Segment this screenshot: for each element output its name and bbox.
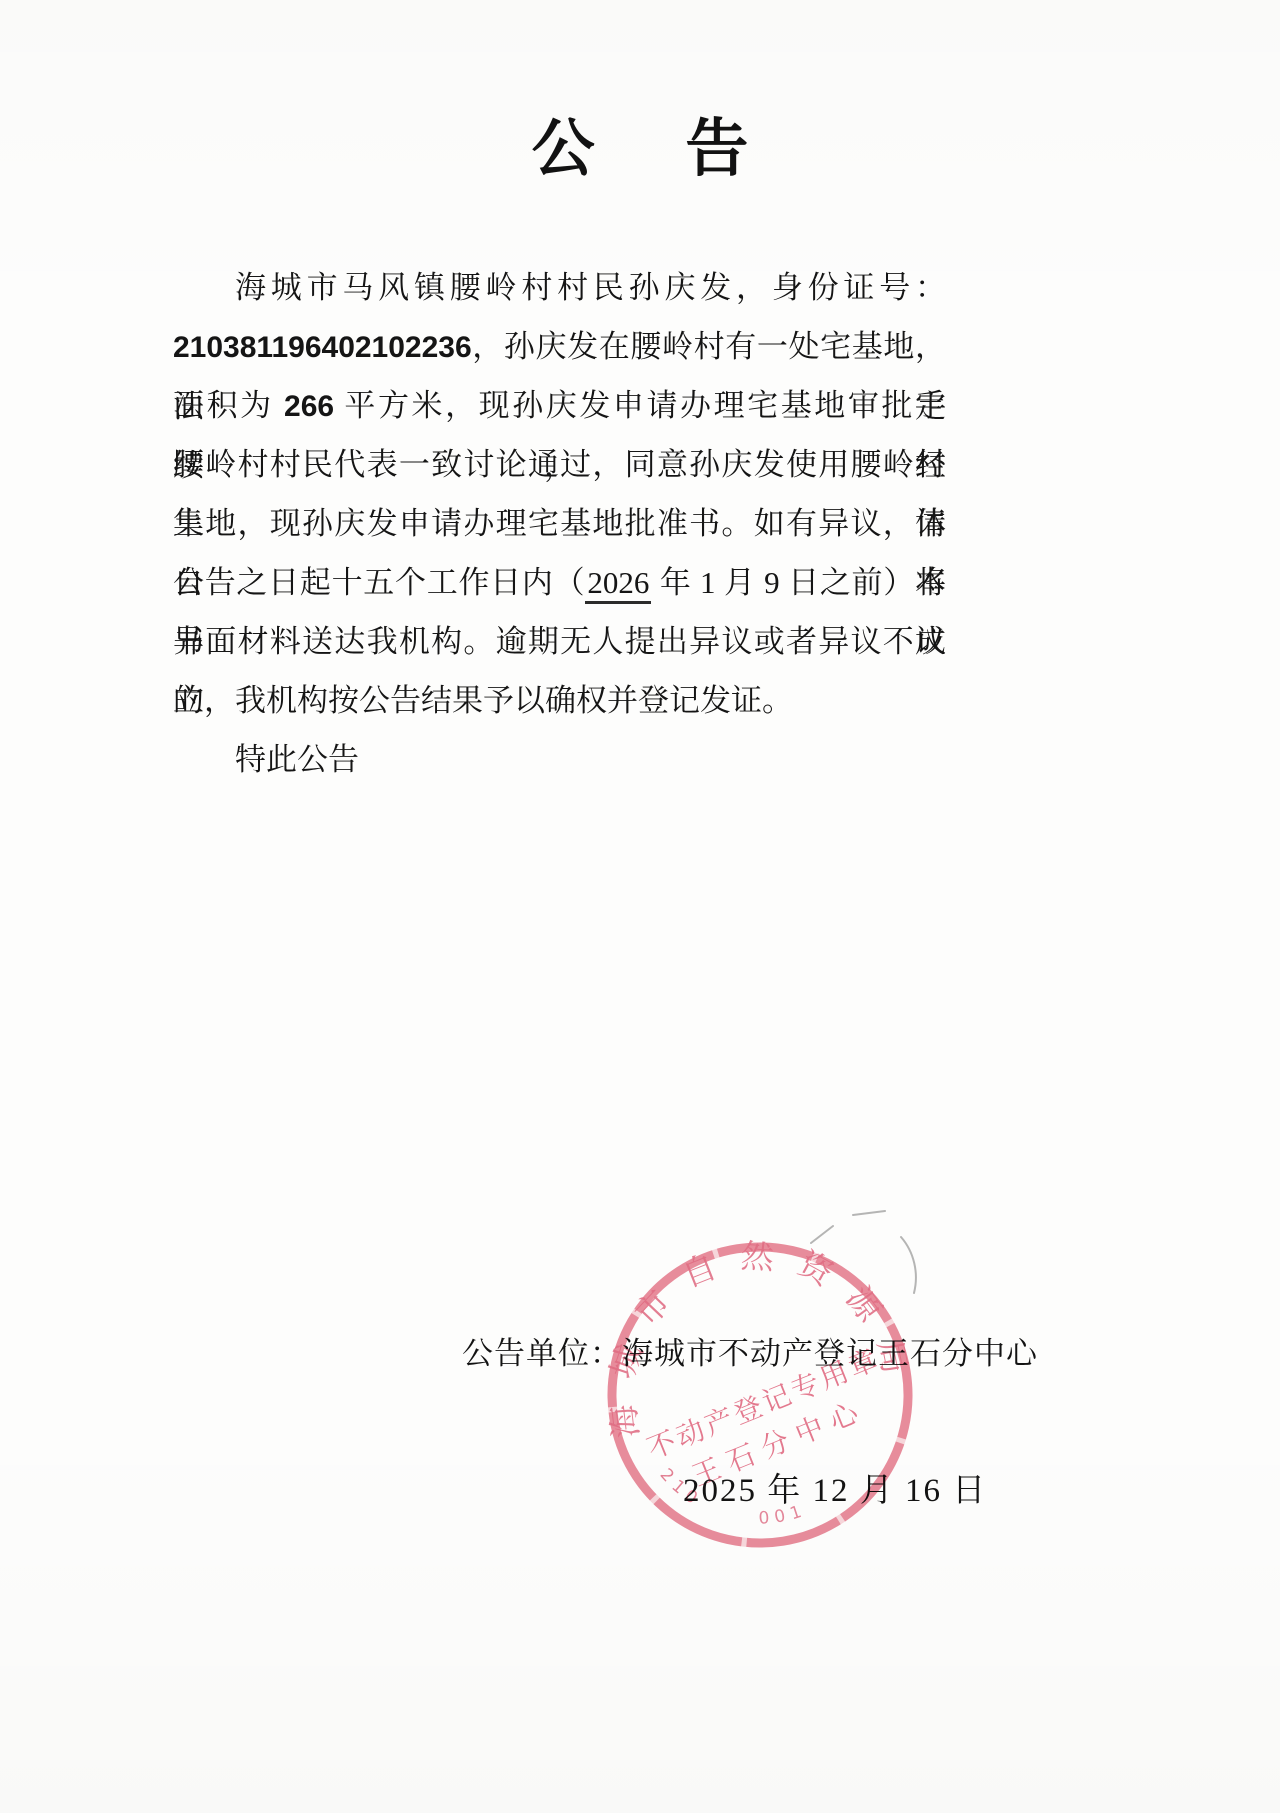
notice-document: 公 告 海城市马风镇腰岭村村民孙庆发，身份证号： 210381196402102… [0, 0, 1280, 1813]
deadline-year: 2026 [585, 565, 651, 604]
body-line-6: 公告之日起十五个工作日内（2026 年 1 月 9 日之前）将异议 [173, 553, 946, 612]
official-seal: 海城市自然资源局 不动产登记专用章 王石分中心 210 001 [557, 1192, 962, 1597]
closing-line: 特此公告 [173, 730, 946, 789]
id-number: 210381196402102236 [173, 331, 472, 364]
body-line-6-pre: 公告之日起十五个工作日内（ [173, 565, 585, 600]
body-line-8: 的，我机构按公告结果予以确权并登记发证。 [173, 671, 946, 730]
seal-serial-fragment-2: 001 [756, 1500, 810, 1531]
body-line-1: 海城市马风镇腰岭村村民孙庆发，身份证号： [173, 258, 946, 317]
body-line-5: 土地，现孙庆发申请办理宅基地批准书。如有异议，请自本 [173, 494, 946, 553]
notice-body-paragraph: 海城市马风镇腰岭村村民孙庆发，身份证号： 210381196402102236，… [173, 258, 946, 789]
page-title: 公 告 [0, 98, 1280, 189]
seal-serial-number-2: 001 [756, 1500, 810, 1531]
body-line-4: 腰岭村村民代表一致讨论通过，同意孙庆发使用腰岭村集体 [173, 435, 946, 494]
body-line-3: 面积为 266 平方米，现孙庆发申请办理宅基地审批手续，经 [173, 376, 946, 435]
body-line-3-pre: 面积为 [173, 388, 284, 423]
body-line-7: 书面材料送达我机构。逾期无人提出异议或者异议不成立 [173, 612, 946, 671]
area-number: 266 [284, 390, 334, 423]
body-line-2: 210381196402102236，孙庆发在腰岭村有一处宅基地，法定 [173, 317, 946, 376]
